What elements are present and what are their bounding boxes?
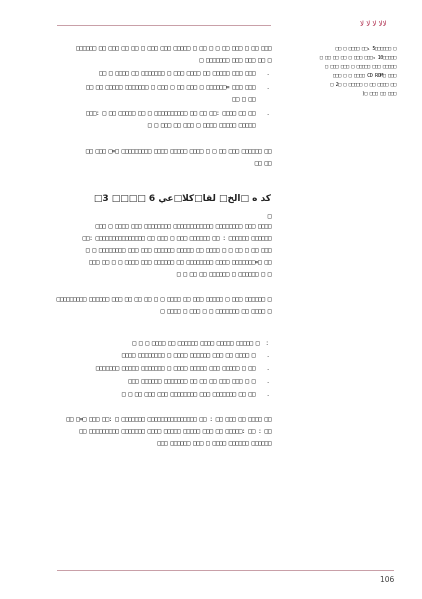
section-heading-label: □3 □□□□ كد ه □الخ□ لقا□كلا□عي	[94, 194, 271, 204]
footer-rule	[57, 570, 394, 571]
paragraph-line: □□ □□□ □=□ □□□□□□□□□ □□□□ □□□□□ □□□□ □ □…	[86, 148, 271, 154]
paragraph-line: □□□□□□ □□ □□□ □□ □□ □ □□□ □□□ □□□□□ □ □□…	[76, 45, 271, 51]
sidebar-note-line: □□□ □ □ □□□□ CD ROM□ □□□	[333, 74, 396, 79]
paragraph-line: □ □□□□□□□ □□□ □□□ □□ □	[200, 57, 271, 63]
paragraph-line: □□□ □ □□□□ □□□ □□□□□□□□ □□□□□□□□□□□□ □□□…	[96, 223, 271, 229]
list-item: □□ □□ □□□□□ □□□□□□□ □ □□□ □ □□ □□□ □ □□□…	[86, 84, 255, 90]
list-item: □□□□ □□□□□□□□ □ □□□□ □□□□□□ □□□ □□ □□□□ …	[122, 352, 255, 358]
paragraph-line: □□ □□	[255, 160, 271, 166]
sidebar-note-line: □ 2□ □ □□□□□ □ □□ □□□□ □□	[330, 83, 396, 88]
paragraph-line: □□□ □□ □ □ □□□□ □□□ □□□□□□ □□ □□□□□□□□ □…	[89, 259, 271, 265]
list-bullet: .	[267, 69, 269, 77]
heading-subline: □	[268, 213, 271, 219]
paragraph-line: □ □□□□ □ □□□ □ □ □□□□□□□ □□ □□□□ □	[161, 308, 271, 314]
list-item: □□□□□□□ □□□□□ □□□□□□□ □ □□□□ □□□□□ □□□ □…	[96, 365, 255, 371]
list-item-continuation: □□ □ □□	[232, 96, 255, 102]
paragraph-line: □□ □□□□□□□□□ □□□□□□□ □□□□ □□□□□ □□□□□ □□…	[79, 428, 271, 434]
list-item-continuation: □ □ □□□ □□ □□□ □ □□□□ □□□□□ □□□□□	[148, 122, 255, 128]
main-text-column: □□□□□□ □□ □□□ □□ □□ □ □□□ □□□ □□□□□ □ □□…	[56, 0, 271, 599]
list-bullet: .	[267, 83, 269, 91]
list-bullet: .	[267, 390, 269, 398]
list-item: □□ □ □□□□ □□ □□□□□□□ □ □□□ □□□□ □□ □□□□□…	[99, 70, 255, 76]
paragraph-line: □ □ □□ □□ □□□□□□ □ □□□□□□ □ □	[177, 271, 271, 277]
list-bullet: .	[267, 377, 269, 385]
section-number: 6	[149, 194, 155, 204]
list-bullet: .	[267, 351, 269, 359]
list-item: □□□ □□□□□□ □□□□□□□ □□ □□ □□ □□□ □□□ □ □	[128, 378, 255, 384]
list-item: □ □ □□ □□□ □□□ □□□□□□□□ □□□ □□□□□□□ □□ □…	[122, 391, 255, 397]
list-item: □ □ □ □□□□ □□ □□□□□□ □□□□ □□□□□ □□□□□ □	[132, 340, 259, 346]
paragraph-line: □□□□□□□□□ □□□□□□ □□□ □□ □□ □□ □ □ □□□□ □…	[57, 296, 271, 302]
list-bullet: :	[266, 339, 268, 347]
list-item: □□□: □ □□ □□□□□ □□ □ □□□□□□□□□□ □□ □□ □□…	[86, 110, 255, 116]
list-bullet: .	[267, 109, 269, 117]
sidebar-note-line: )□ □□□ □□ □□□	[362, 92, 396, 97]
sidebar-note-line: □ □□ □□ □□ □ □□□ □□□₃ 10□□□□□	[320, 56, 396, 61]
sidebar-note-line: □□ □ □□□□ □□₁ 5□□□□□□ □	[336, 47, 396, 52]
page-number: 106	[380, 575, 394, 584]
paragraph-line: □□ □=□ □□□ □□: □ □□□□□□□ □□□□□□□□□□□□□□□…	[66, 416, 271, 422]
section-heading: □3 □□□□ كد ه □الخ□ لقا□كلا□عي 6	[94, 194, 271, 204]
list-bullet: .	[267, 364, 269, 372]
paragraph-line: □□□ □□□□□□ □□□ □ □□□□ □□□□□□ □□□□□□	[157, 440, 271, 446]
sidebar-note-line: □ □□□ □□□ □ □□□□□ □□□ □□□□□	[325, 65, 396, 70]
paragraph-line: □ □ □□□□□□□□ □□□ □□□ □□□□□□ □□□□□ □□ □□□…	[86, 247, 271, 253]
sidebar-note: □□ □ □□□□ □□₁ 5□□□□□□ □ □ □□ □□ □□ □ □□□…	[296, 0, 396, 120]
paragraph-line: □□: □□□□□□□□□□□□□□□ □□ □□□ □ □□□ □□□□□□ …	[83, 235, 271, 241]
